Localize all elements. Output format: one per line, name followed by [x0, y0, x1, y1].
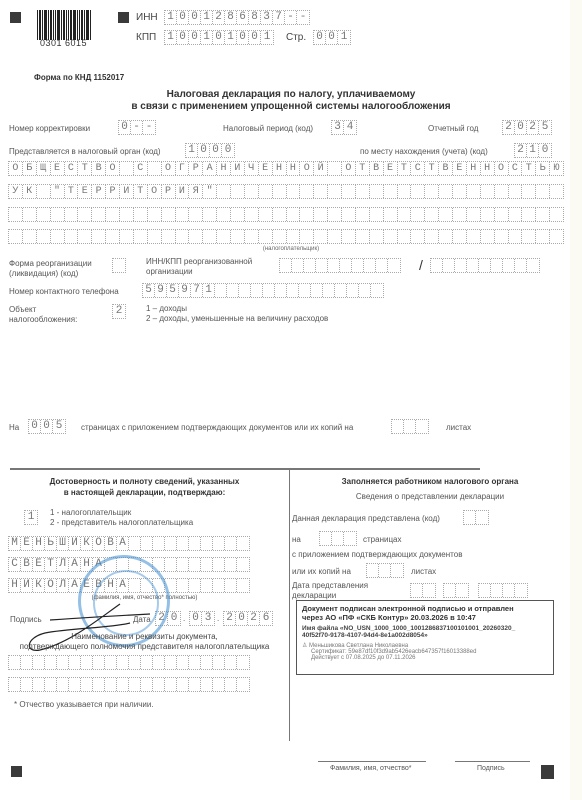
cell	[344, 532, 356, 545]
cell: Р	[106, 185, 120, 198]
cell: 1	[201, 31, 213, 44]
cell: С	[411, 162, 425, 175]
cell	[340, 259, 352, 272]
cell	[263, 284, 275, 297]
cell: 0	[189, 11, 201, 24]
e-signature-file-2: 40f52f70-9178-4107-94d4-8e1a002d8054»	[302, 632, 548, 639]
correction-label: Номер корректировки	[9, 124, 90, 133]
reorg-label-line2: (ликвидация) (код)	[9, 269, 78, 278]
cell	[356, 185, 370, 198]
cell	[162, 230, 176, 243]
e-signature-title-2: через АО «ПФ «СКБ Контур» 20.03.2026 в 1…	[302, 613, 548, 622]
sheets-cells[interactable]	[391, 419, 429, 434]
cell	[384, 208, 398, 221]
object-cell[interactable]: 2	[112, 304, 126, 319]
cell	[444, 584, 456, 597]
cell	[453, 208, 467, 221]
cell	[217, 208, 231, 221]
cell	[23, 230, 37, 243]
cell: 0	[249, 31, 261, 44]
cell	[237, 558, 249, 571]
cell: У	[9, 185, 23, 198]
object-label-line1: Объект	[9, 305, 36, 314]
cell	[9, 678, 21, 691]
cell	[439, 208, 453, 221]
cell: О	[495, 162, 509, 175]
doc-label-line2: подтверждающего полномочия представителя…	[0, 642, 289, 651]
cell	[515, 259, 527, 272]
cell	[21, 656, 33, 669]
cell: -	[297, 11, 309, 24]
cell: Т	[65, 185, 79, 198]
cell	[92, 230, 106, 243]
cell: 2	[213, 11, 225, 24]
cell: 6	[237, 11, 249, 24]
cell: Т	[356, 162, 370, 175]
cell: Ч	[245, 162, 259, 175]
cell	[342, 208, 356, 221]
cell	[120, 230, 134, 243]
cell: 2	[224, 612, 236, 625]
cell	[491, 584, 503, 597]
cell	[45, 678, 57, 691]
cell: В	[370, 162, 384, 175]
taxpayer-row-1[interactable]: ОБЩЕСТВОСОГРАНИЧЕННОЙОТВЕТСТВЕННОСТЬЮ	[8, 161, 564, 176]
cell: К	[33, 579, 45, 592]
cell	[522, 208, 536, 221]
cell: 4	[344, 121, 356, 134]
cell: 7	[191, 284, 203, 297]
cell: Р	[92, 185, 106, 198]
cell: Р	[189, 162, 203, 175]
cell: И	[231, 162, 245, 175]
cell	[165, 558, 177, 571]
cell	[425, 230, 439, 243]
cell	[273, 208, 287, 221]
cell	[299, 284, 311, 297]
cell	[177, 537, 189, 550]
location-cells[interactable]: 210	[514, 143, 552, 158]
cell: 5	[53, 420, 65, 433]
cell	[106, 208, 120, 221]
cell	[259, 208, 273, 221]
cell	[33, 656, 45, 669]
footer-signature-label: Подпись	[477, 765, 505, 772]
cell: Т	[425, 162, 439, 175]
footnote: * Отчество указывается при наличии.	[14, 700, 154, 709]
cell	[237, 656, 249, 669]
cell	[176, 230, 190, 243]
period-cells[interactable]: 34	[331, 120, 357, 135]
cell	[120, 208, 134, 221]
cell	[215, 284, 227, 297]
cell: И	[120, 185, 134, 198]
cell	[370, 208, 384, 221]
cell: Н	[273, 162, 287, 175]
object-label-line2: налогообложения:	[9, 315, 77, 324]
e-signature-valid: Действует с 07.08.2025 до 07.11.2026	[302, 655, 548, 661]
cell	[117, 678, 129, 691]
cell: О	[9, 162, 23, 175]
cell: И	[176, 185, 190, 198]
cell	[165, 678, 177, 691]
official-date-day[interactable]	[410, 583, 436, 598]
cell: 0	[198, 144, 210, 157]
cell	[37, 185, 51, 198]
cell	[439, 230, 453, 243]
cell	[201, 656, 213, 669]
cell	[300, 230, 314, 243]
cell	[370, 185, 384, 198]
cell	[237, 579, 249, 592]
cell	[275, 284, 287, 297]
column-divider	[289, 468, 290, 741]
cell: Я	[189, 185, 203, 198]
cell	[314, 230, 328, 243]
cell	[203, 208, 217, 221]
doc-row-1[interactable]	[8, 655, 250, 670]
cell	[148, 162, 162, 175]
cell: Е	[33, 558, 45, 571]
corner-marker-bottom-left	[11, 766, 22, 777]
e-signature-signer: ♙ Меньшикова Светлана Николаевна	[302, 642, 548, 649]
cell	[189, 579, 201, 592]
date-month-cells[interactable]: 03	[189, 611, 215, 626]
cell: 1	[201, 11, 213, 24]
barcode	[37, 10, 99, 40]
cell	[495, 208, 509, 221]
cell: -	[131, 121, 143, 134]
cell: Н	[33, 537, 45, 550]
cell	[51, 208, 65, 221]
cell: С	[134, 162, 148, 175]
cell	[177, 656, 189, 669]
cell: 0	[189, 31, 201, 44]
cell	[259, 230, 273, 243]
cell	[105, 678, 117, 691]
cell	[105, 656, 117, 669]
cell	[69, 678, 81, 691]
cell	[213, 656, 225, 669]
reorg-code-cell[interactable]	[112, 258, 126, 273]
cell: Т	[134, 185, 148, 198]
knd-label: Форма по КНД 1152017	[34, 73, 124, 82]
cell	[495, 185, 509, 198]
cell: О	[148, 185, 162, 198]
official-sheets-label: листах	[411, 567, 436, 576]
sheets-suffix: листах	[446, 423, 471, 432]
cell	[251, 284, 263, 297]
taxpayer-row-4[interactable]	[8, 229, 564, 244]
cell	[356, 208, 370, 221]
cell	[65, 230, 79, 243]
year-cells[interactable]: 2025	[502, 120, 552, 135]
cell	[51, 230, 65, 243]
cell: И	[21, 579, 33, 592]
cell	[37, 230, 51, 243]
cell: Н	[217, 162, 231, 175]
form-title-line1: Налоговая декларация по налогу, уплачива…	[0, 89, 582, 100]
cell	[425, 208, 439, 221]
cell	[316, 259, 328, 272]
cell	[37, 208, 51, 221]
official-subtitle: Сведения о представлении декларации	[290, 492, 570, 501]
cell	[93, 678, 105, 691]
cell: С	[9, 558, 21, 571]
cell	[129, 678, 141, 691]
cell	[328, 185, 342, 198]
cell	[320, 532, 332, 545]
cell	[165, 537, 177, 550]
cell: Т	[78, 162, 92, 175]
cell	[398, 208, 412, 221]
cell	[332, 532, 344, 545]
cell	[78, 230, 92, 243]
cell	[231, 185, 245, 198]
cell: 8	[249, 11, 261, 24]
reorg-inn-cells[interactable]	[279, 258, 401, 273]
cell	[225, 678, 237, 691]
cell	[189, 678, 201, 691]
cell: 2	[248, 612, 260, 625]
cell: Н	[9, 579, 21, 592]
submitted-cells[interactable]	[463, 510, 489, 525]
reorg-separator: /	[419, 257, 423, 273]
cell	[328, 259, 340, 272]
fio-line	[318, 761, 426, 762]
official-sheets-cells[interactable]	[366, 563, 404, 578]
cell	[201, 678, 213, 691]
cell: 2	[503, 121, 515, 134]
cell	[33, 678, 45, 691]
cell	[411, 584, 423, 597]
cell: В	[105, 537, 117, 550]
official-date-label-line1: Дата представления	[292, 581, 368, 590]
cell	[314, 185, 328, 198]
cell: В	[439, 162, 453, 175]
cell: Б	[23, 162, 37, 175]
cell: С	[65, 162, 79, 175]
cell: Т	[45, 558, 57, 571]
kpp-label: КПП	[136, 32, 156, 43]
cell	[392, 420, 404, 433]
cell: 5	[167, 284, 179, 297]
cell	[384, 230, 398, 243]
cell: 2	[515, 144, 527, 157]
cell	[237, 537, 249, 550]
tax-authority-cells[interactable]: 1000	[185, 143, 235, 158]
pages-text: страницах с приложением подтверждающих д…	[81, 423, 353, 432]
cell	[141, 656, 153, 669]
cell: 0	[29, 420, 41, 433]
tax-declaration-page: 0301 6015 ИНН 1001286837-- КПП 100101001…	[0, 0, 570, 800]
signer-type-cell[interactable]: 1	[24, 510, 38, 525]
cell	[364, 259, 376, 272]
cell: Е	[21, 537, 33, 550]
taxpayer-row-3[interactable]	[8, 207, 564, 222]
cell	[479, 259, 491, 272]
cell	[431, 259, 443, 272]
taxpayer-row-2[interactable]: УК"ТЕРРИТОРИЯ"	[8, 184, 564, 199]
cell	[522, 185, 536, 198]
cell: В	[21, 558, 33, 571]
cell	[416, 420, 428, 433]
cell	[425, 185, 439, 198]
cell: С	[509, 162, 523, 175]
cell: 1	[527, 144, 539, 157]
date-dot-2: .	[217, 614, 219, 623]
cell	[189, 537, 201, 550]
official-pages-cells[interactable]	[319, 531, 357, 546]
cell	[81, 656, 93, 669]
cell: 0	[210, 144, 222, 157]
cell: Е	[453, 162, 467, 175]
cell	[9, 656, 21, 669]
cell	[189, 230, 203, 243]
cell	[273, 230, 287, 243]
cell	[439, 185, 453, 198]
cell: 1	[261, 31, 273, 44]
cell	[65, 208, 79, 221]
cell: В	[92, 162, 106, 175]
cell: 1	[338, 31, 350, 44]
surname-cells[interactable]: МЕНЬШИКОВА	[8, 536, 250, 551]
cell	[134, 208, 148, 221]
cell: 1	[165, 11, 177, 24]
date-year-cells[interactable]: 2026	[223, 611, 273, 626]
location-label: по месту нахождения (учета) (код)	[360, 147, 488, 156]
pages-cells[interactable]: 005	[28, 419, 66, 434]
official-date-month[interactable]	[443, 583, 469, 598]
cell: О	[106, 162, 120, 175]
confirm-title-line1: Достоверность и полноту сведений, указан…	[0, 477, 289, 486]
cell	[227, 284, 239, 297]
cell	[177, 579, 189, 592]
cell: А	[203, 162, 217, 175]
form-title-line2: в связи с применением упрощенной системы…	[0, 101, 582, 112]
cell	[9, 208, 23, 221]
cell	[280, 259, 292, 272]
cell: Е	[384, 162, 398, 175]
cell: 7	[273, 11, 285, 24]
cell	[120, 162, 134, 175]
footer-fio-label: Фамилия, имя, отчество*	[330, 765, 411, 772]
cell	[225, 558, 237, 571]
cell: О	[45, 579, 57, 592]
cell	[134, 230, 148, 243]
cell: 3	[202, 612, 214, 625]
doc-row-2[interactable]	[8, 677, 250, 692]
cell	[404, 420, 416, 433]
cell	[287, 230, 301, 243]
cell: 6	[260, 612, 272, 625]
phone-cells[interactable]: 595971	[142, 283, 384, 298]
inn-cells: 1001286837--	[164, 10, 310, 25]
cell	[129, 537, 141, 550]
cell: А	[117, 537, 129, 550]
cell: 9	[155, 284, 167, 297]
cell	[370, 230, 384, 243]
cell: "	[203, 185, 217, 198]
cell	[292, 259, 304, 272]
attach-label: с приложением подтверждающих документов	[292, 550, 462, 559]
page-cells: 001	[313, 30, 351, 45]
cell	[376, 259, 388, 272]
cell	[201, 537, 213, 550]
cell: 0	[515, 121, 527, 134]
reorg-kpp-cells[interactable]	[430, 258, 540, 273]
cell: Щ	[37, 162, 51, 175]
cell	[57, 656, 69, 669]
cell: И	[69, 537, 81, 550]
cell	[213, 537, 225, 550]
cell: 0	[539, 144, 551, 157]
confirm-title-line2: в настоящей декларации, подтверждаю:	[0, 488, 289, 497]
date-dot-1: .	[183, 614, 185, 623]
cell	[503, 584, 515, 597]
cell: О	[93, 537, 105, 550]
certificate-icon: ♙	[302, 643, 309, 649]
cell	[398, 185, 412, 198]
reorg-inn-label-line1: ИНН/КПП реорганизованной	[146, 257, 252, 266]
cell: Т	[522, 162, 536, 175]
corner-marker-bottom-right	[541, 765, 554, 779]
cell	[527, 259, 539, 272]
cell	[453, 185, 467, 198]
cell: 3	[261, 11, 273, 24]
cell	[509, 230, 523, 243]
phone-label: Номер контактного телефона	[9, 287, 119, 296]
object-option-2: 2 – доходы, уменьшенные на величину расх…	[146, 314, 328, 323]
taxpayer-caption: (налогоплательщик)	[0, 246, 582, 252]
cell	[509, 185, 523, 198]
cell: 0	[190, 612, 202, 625]
official-date-year[interactable]	[478, 583, 528, 598]
pages-prefix: На	[9, 423, 19, 432]
cell	[550, 208, 563, 221]
cell	[78, 208, 92, 221]
cell	[323, 284, 335, 297]
cell	[141, 678, 153, 691]
copies-label: или их копий на	[292, 567, 351, 576]
correction-cells[interactable]: 0--	[118, 120, 156, 135]
page-label: Стр.	[286, 32, 306, 43]
cell	[92, 208, 106, 221]
corner-marker-top-left	[10, 12, 21, 23]
cell	[550, 185, 563, 198]
cell	[237, 678, 249, 691]
cell	[201, 558, 213, 571]
cell	[384, 185, 398, 198]
barcode-number: 0301 6015	[40, 38, 87, 48]
cell	[117, 656, 129, 669]
cell	[536, 230, 550, 243]
cell	[371, 284, 383, 297]
cell	[411, 230, 425, 243]
cell	[453, 230, 467, 243]
cell	[356, 230, 370, 243]
cell	[481, 185, 495, 198]
cell	[225, 537, 237, 550]
cell: 1	[165, 31, 177, 44]
cell: 0	[236, 612, 248, 625]
e-signature-title-1: Документ подписан электронной подписью и…	[302, 604, 548, 613]
signature-line	[455, 761, 530, 762]
cell: "	[51, 185, 65, 198]
cell	[411, 208, 425, 221]
cell: -	[143, 121, 155, 134]
cell: 5	[143, 284, 155, 297]
